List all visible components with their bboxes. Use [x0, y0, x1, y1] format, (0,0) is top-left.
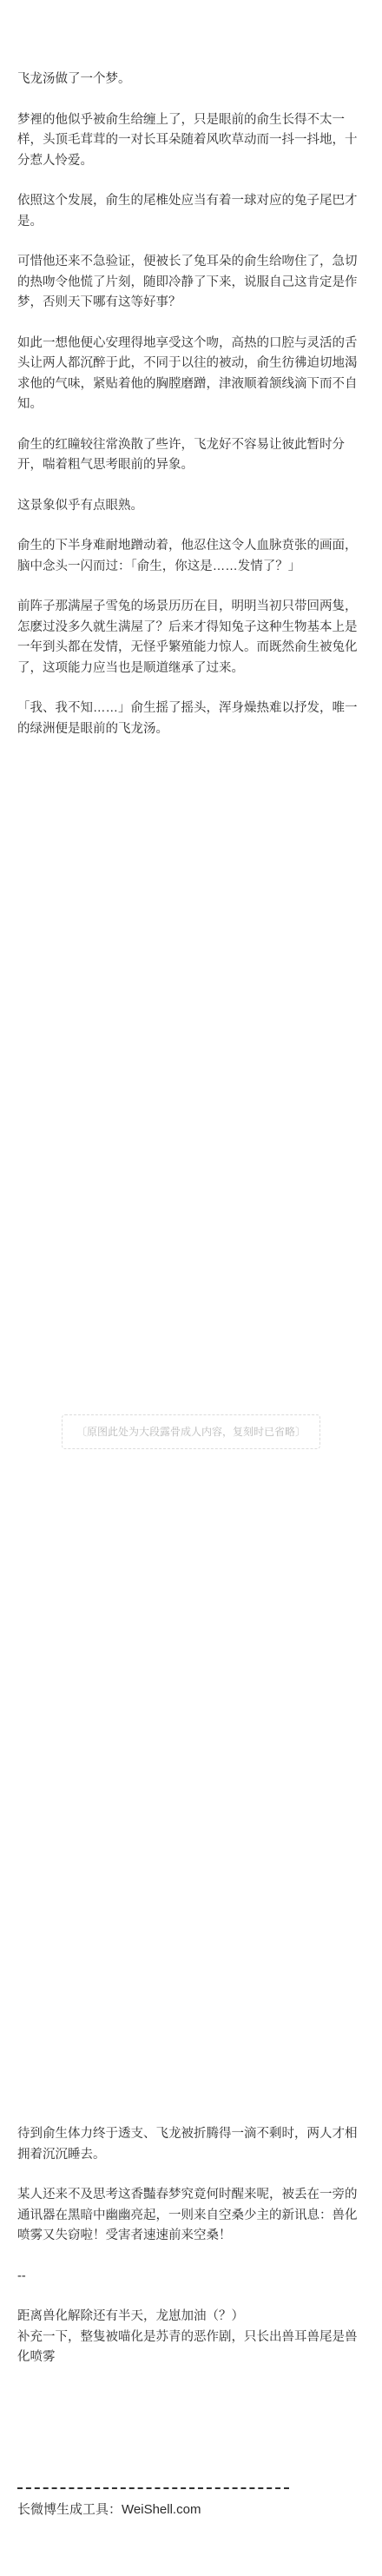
- story-paragraph: 待到俞生体力终于透支、飞龙被折腾得一滴不剩时，两人才相拥着沉沉睡去。: [17, 2124, 365, 2165]
- redaction-notice: 〔原图此处为大段露骨成人内容，复刻时已省略〕: [62, 1414, 320, 1449]
- footer-tool-label: 长微博生成工具：: [17, 2502, 122, 2517]
- story-paragraph: 俞生的下半身难耐地蹭动着，他忍住这令人血脉贲张的画面，脑中念头一闪而过：「俞生，…: [17, 536, 365, 577]
- story-paragraph: 补充一下，整隻被喵化是苏青的恶作剧，只长出兽耳兽尾是兽化喷雾: [17, 2328, 365, 2368]
- story-text: 飞龙汤做了一个梦。 梦裡的他似乎被俞生给缠上了，只是眼前的俞生长得不太一样，头顶…: [17, 70, 365, 2368]
- footer-credit: 长微博生成工具：WeiShell.com: [17, 2500, 365, 2520]
- story-paragraph: 前阵子那满屋子雪兔的场景历历在目，明明当初只带回两隻，怎麽过没多久就生满屋了？后…: [17, 597, 365, 679]
- footer-divider: [17, 2487, 289, 2489]
- story-paragraph: 如此一想他便心安理得地享受这个吻，高热的口腔与灵活的舌头让两人都沉醉于此，不同于…: [17, 334, 365, 415]
- story-paragraph: 「我、我不知……」俞生摇了摇头，浑身燥热难以抒发，唯一的绿洲便是眼前的飞龙汤。: [17, 699, 365, 739]
- story-paragraph: 某人还来不及思考这香豔春梦究竟何时醒来呢，被丢在一旁的通讯器在黑暗中幽幽亮起，一…: [17, 2185, 365, 2247]
- story-divider-dashes: --: [17, 2267, 365, 2288]
- story-paragraph: 距离兽化解除还有半天，龙崽加油（？）: [17, 2307, 365, 2328]
- story-paragraph: 梦裡的他似乎被俞生给缠上了，只是眼前的俞生长得不太一样，头顶毛茸茸的一对长耳朵随…: [17, 110, 365, 172]
- story-paragraph: 依照这个发展，俞生的尾椎处应当有着一球对应的兔子尾巴才是。: [17, 191, 365, 232]
- redacted-explicit-content: 〔原图此处为大段露骨成人内容，复刻时已省略〕: [17, 759, 365, 2104]
- long-weibo-page: 飞龙汤做了一个梦。 梦裡的他似乎被俞生给缠上了，只是眼前的俞生长得不太一样，头顶…: [0, 0, 382, 2576]
- footer-site-link: WeiShell.com: [122, 2502, 201, 2517]
- story-paragraph: 俞生的红瞳较往常涣散了些许，飞龙好不容易让彼此暂时分开，喘着粗气思考眼前的异象。: [17, 435, 365, 476]
- story-paragraph: 这景象似乎有点眼熟。: [17, 496, 365, 517]
- story-paragraph: 飞龙汤做了一个梦。: [17, 70, 365, 90]
- footer: 长微博生成工具：WeiShell.com: [17, 2487, 365, 2520]
- story-paragraph: 可惜他还来不急验证，便被长了兔耳朵的俞生给吻住了，急切的热吻令他慌了片刻，随即冷…: [17, 252, 365, 314]
